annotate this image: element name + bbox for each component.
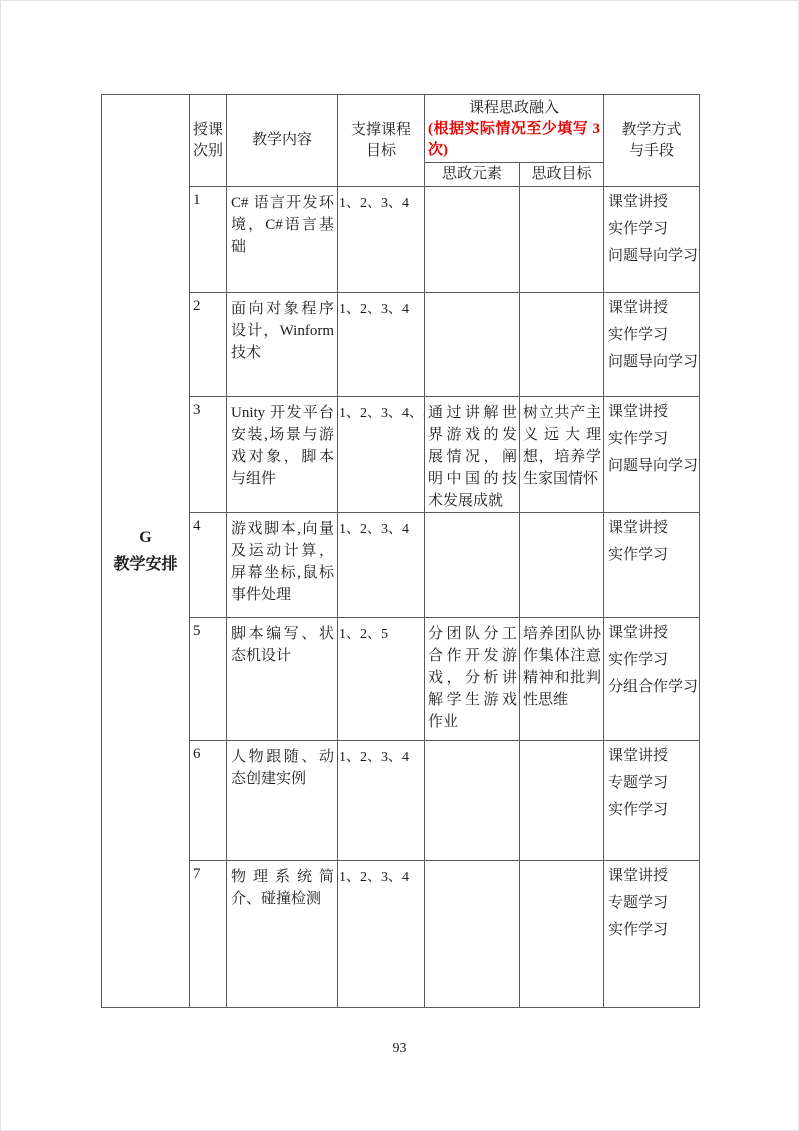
method-line: 专题学习	[608, 770, 699, 797]
cell-ideology-element	[425, 741, 520, 861]
method-line: 实作学习	[608, 216, 699, 243]
cell-content: Unity 开发平台安装,场景与游戏对象，脚本与组件	[227, 397, 338, 513]
table-row: 7 物理系统简介、碰撞检测 1、2、3、4 课堂讲授 专题学习 实作学习	[102, 861, 700, 1008]
method-line: 分组合作学习	[608, 674, 699, 701]
header-content: 教学内容	[227, 95, 338, 187]
cell-ideology-goal	[520, 293, 604, 397]
cell-lesson-no: 5	[190, 618, 227, 741]
cell-methods: 课堂讲授 实作学习	[604, 513, 700, 618]
cell-ideology-element	[425, 861, 520, 1008]
cell-ideology-goal	[520, 187, 604, 293]
cell-methods: 课堂讲授 实作学习 问题导向学习	[604, 397, 700, 513]
document-page: G 教学安排 授课次别 教学内容 支撑课程目标 课程思政融入 (根据实际情况至少…	[0, 0, 799, 1131]
cell-lesson-no: 6	[190, 741, 227, 861]
cell-ideology-element	[425, 187, 520, 293]
cell-lesson-no: 2	[190, 293, 227, 397]
section-label-cell: G 教学安排	[102, 95, 190, 1008]
table-row: 1 C# 语言开发环境，C#语言基础 1、2、3、4 课堂讲授 实作学习 问题导…	[102, 187, 700, 293]
cell-content: 脚本编写、状态机设计	[227, 618, 338, 741]
section-title: 教学安排	[103, 551, 188, 578]
header-ideology-title: 课程思政融入	[428, 98, 600, 119]
header-objectives: 支撑课程目标	[338, 95, 425, 187]
cell-methods: 课堂讲授 实作学习 问题导向学习	[604, 187, 700, 293]
cell-ideology-element	[425, 293, 520, 397]
method-line: 课堂讲授	[608, 743, 699, 770]
method-line: 问题导向学习	[608, 453, 699, 480]
table-row: 2 面向对象程序设计，Winform 技术 1、2、3、4 课堂讲授 实作学习 …	[102, 293, 700, 397]
cell-content: 物理系统简介、碰撞检测	[227, 861, 338, 1008]
method-line: 实作学习	[608, 542, 699, 569]
header-ideology-element: 思政元素	[425, 163, 520, 187]
cell-methods: 课堂讲授 实作学习 问题导向学习	[604, 293, 700, 397]
method-line: 课堂讲授	[608, 620, 699, 647]
cell-lesson-no: 1	[190, 187, 227, 293]
cell-methods: 课堂讲授 专题学习 实作学习	[604, 741, 700, 861]
cell-ideology-element	[425, 513, 520, 618]
method-line: 专题学习	[608, 890, 699, 917]
cell-lesson-no: 3	[190, 397, 227, 513]
table-row: 6 人物跟随、动态创建实例 1、2、3、4 课堂讲授 专题学习 实作学习	[102, 741, 700, 861]
cell-objectives: 1、2、3、4	[338, 741, 425, 861]
cell-objectives: 1、2、3、4	[338, 187, 425, 293]
method-line: 课堂讲授	[608, 295, 699, 322]
cell-ideology-goal	[520, 741, 604, 861]
table-row: 3 Unity 开发平台安装,场景与游戏对象，脚本与组件 1、2、3、4、5 通…	[102, 397, 700, 513]
cell-objectives: 1、2、5	[338, 618, 425, 741]
header-ideology: 课程思政融入 (根据实际情况至少填写 3 次)	[425, 95, 604, 163]
cell-ideology-goal: 培养团队协作集体注意精神和批判性思维	[520, 618, 604, 741]
method-line: 课堂讲授	[608, 189, 699, 216]
header-lesson-no: 授课次别	[190, 95, 227, 187]
table-row: 5 脚本编写、状态机设计 1、2、5 分团队分工合作开发游戏，分析讲解学生游戏作…	[102, 618, 700, 741]
method-line: 实作学习	[608, 917, 699, 944]
cell-content: 面向对象程序设计，Winform 技术	[227, 293, 338, 397]
method-line: 实作学习	[608, 797, 699, 824]
cell-objectives: 1、2、3、4	[338, 513, 425, 618]
teaching-schedule-table: G 教学安排 授课次别 教学内容 支撑课程目标 课程思政融入 (根据实际情况至少…	[101, 94, 700, 1008]
cell-ideology-goal	[520, 513, 604, 618]
cell-lesson-no: 7	[190, 861, 227, 1008]
method-line: 课堂讲授	[608, 515, 699, 542]
cell-objectives: 1、2、3、4	[338, 861, 425, 1008]
cell-objectives: 1、2、3、4、5	[338, 397, 425, 513]
table-row: 4 游戏脚本,向量及运动计算，屏幕坐标,鼠标事件处理 1、2、3、4 课堂讲授 …	[102, 513, 700, 618]
page-number: 93	[1, 1041, 798, 1057]
method-line: 实作学习	[608, 426, 699, 453]
cell-content: C# 语言开发环境，C#语言基础	[227, 187, 338, 293]
cell-ideology-goal: 树立共产主义远大理想，培养学生家国情怀	[520, 397, 604, 513]
method-line: 实作学习	[608, 322, 699, 349]
cell-content: 人物跟随、动态创建实例	[227, 741, 338, 861]
header-ideology-note: (根据实际情况至少填写 3 次)	[428, 119, 600, 161]
cell-objectives: 1、2、3、4	[338, 293, 425, 397]
header-ideology-goal: 思政目标	[520, 163, 604, 187]
section-letter: G	[103, 524, 188, 551]
method-line: 问题导向学习	[608, 349, 699, 376]
method-line: 课堂讲授	[608, 863, 699, 890]
cell-methods: 课堂讲授 实作学习 分组合作学习	[604, 618, 700, 741]
cell-ideology-element: 通过讲解世界游戏的发展情况，阐明中国的技术发展成就	[425, 397, 520, 513]
cell-methods: 课堂讲授 专题学习 实作学习	[604, 861, 700, 1008]
method-line: 问题导向学习	[608, 243, 699, 270]
cell-content: 游戏脚本,向量及运动计算，屏幕坐标,鼠标事件处理	[227, 513, 338, 618]
cell-ideology-goal	[520, 861, 604, 1008]
method-line: 课堂讲授	[608, 399, 699, 426]
cell-ideology-element: 分团队分工合作开发游戏，分析讲解学生游戏作业	[425, 618, 520, 741]
header-method: 教学方式与手段	[604, 95, 700, 187]
method-line: 实作学习	[608, 647, 699, 674]
cell-lesson-no: 4	[190, 513, 227, 618]
